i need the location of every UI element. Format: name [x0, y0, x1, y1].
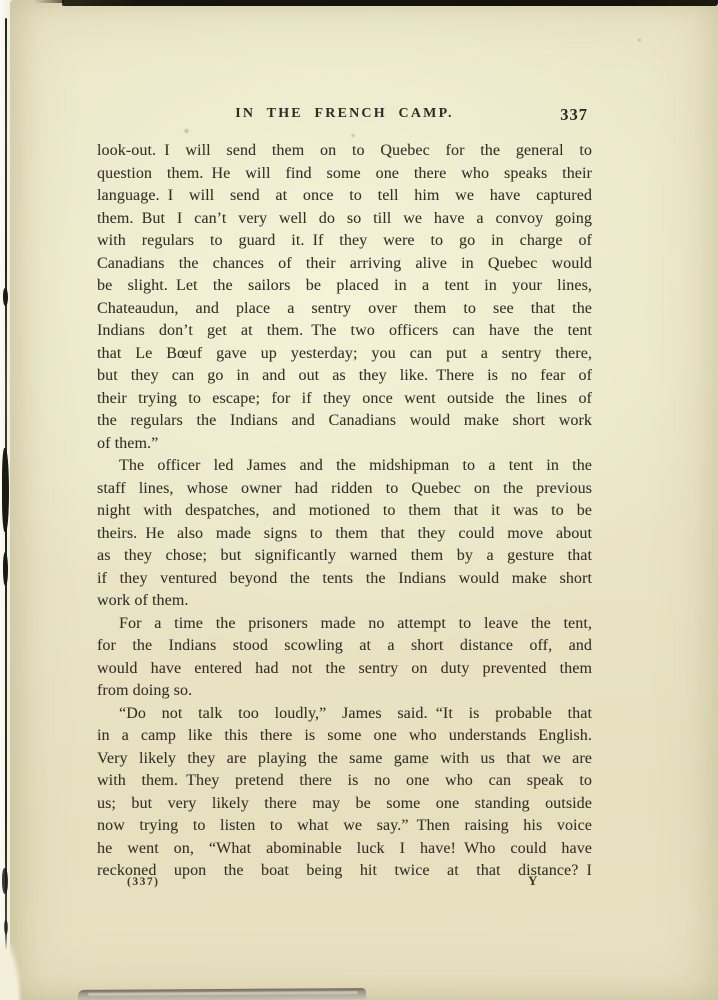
text-line: be slight. Let the sailors be placed in … — [97, 275, 592, 298]
page-footer: (337) Y — [97, 872, 592, 892]
fox-spot — [350, 133, 356, 138]
binding-ink-mark — [2, 868, 8, 894]
text-line: if they ventured beyond the tents the In… — [97, 568, 592, 591]
text-line: but they can go in and out as they like.… — [97, 365, 592, 388]
text-line: now trying to listen to what we say.” Th… — [97, 815, 592, 838]
text-line: Indians don’t get at them. The two offic… — [97, 320, 592, 343]
text-line: with regulars to guard it. If they were … — [97, 230, 592, 253]
page-corner-curl — [0, 932, 22, 1000]
text-line: them. But I can’t very well do so till w… — [97, 208, 592, 231]
page-body: look-out. I will send them on to Quebec … — [97, 140, 592, 883]
text-line: their trying to escape; for if they once… — [97, 388, 592, 411]
text-line: of them.” — [97, 433, 592, 456]
text-line: he went on, “What abominable luck I have… — [97, 838, 592, 861]
binding-ink-mark — [3, 552, 8, 586]
running-title: IN THE FRENCH CAMP. — [97, 106, 592, 122]
text-line: question them. He will find some one the… — [97, 163, 592, 186]
scan-top-edge-fade — [34, 0, 64, 3]
text-line: the regulars the Indians and Canadians w… — [97, 410, 592, 433]
text-line: work of them. — [97, 590, 592, 613]
scan-top-edge — [62, 0, 718, 6]
text-line: with them. They pretend there is no one … — [97, 770, 592, 793]
text-line: for the Indians stood scowling at a shor… — [97, 635, 592, 658]
book-page-scan: IN THE FRENCH CAMP. 337 look-out. I will… — [0, 0, 718, 1000]
text-line: Chateaudun, and place a sentry over them… — [97, 298, 592, 321]
fox-spot — [183, 128, 190, 134]
text-line: as they chose; but significantly warned … — [97, 545, 592, 568]
text-line: that Le Bœuf gave up yesterday; you can … — [97, 343, 592, 366]
binding-ink-mark — [3, 288, 8, 306]
text-line: in a camp like this there is some one wh… — [97, 725, 592, 748]
text-line: would have entered had not the sentry on… — [97, 658, 592, 681]
text-line: staff lines, whose owner had ridden to Q… — [97, 478, 592, 501]
text-line: from doing so. — [97, 680, 592, 703]
under-page-highlight — [88, 991, 358, 996]
catchword-mark: Y — [528, 873, 537, 889]
text-line: For a time the prisoners made no attempt… — [97, 613, 592, 636]
text-line: language. I will send at once to tell hi… — [97, 185, 592, 208]
page-header: IN THE FRENCH CAMP. 337 — [97, 106, 592, 126]
signature-mark: (337) — [127, 876, 159, 888]
text-line: “Do not talk too loudly,” James said. “I… — [97, 703, 592, 726]
text-line: us; but very likely there may be some on… — [97, 793, 592, 816]
text-line: Very likely they are playing the same ga… — [97, 748, 592, 771]
text-line: Canadians the chances of their arriving … — [97, 253, 592, 276]
fox-spot — [637, 38, 642, 42]
text-line: The officer led James and the midshipman… — [97, 455, 592, 478]
text-line: night with despatches, and motioned to t… — [97, 500, 592, 523]
page-number: 337 — [560, 105, 588, 125]
text-line: look-out. I will send them on to Quebec … — [97, 140, 592, 163]
text-line: theirs. He also made signs to them that … — [97, 523, 592, 546]
under-page-edge — [78, 988, 366, 1000]
binding-ink-mark — [2, 448, 9, 532]
